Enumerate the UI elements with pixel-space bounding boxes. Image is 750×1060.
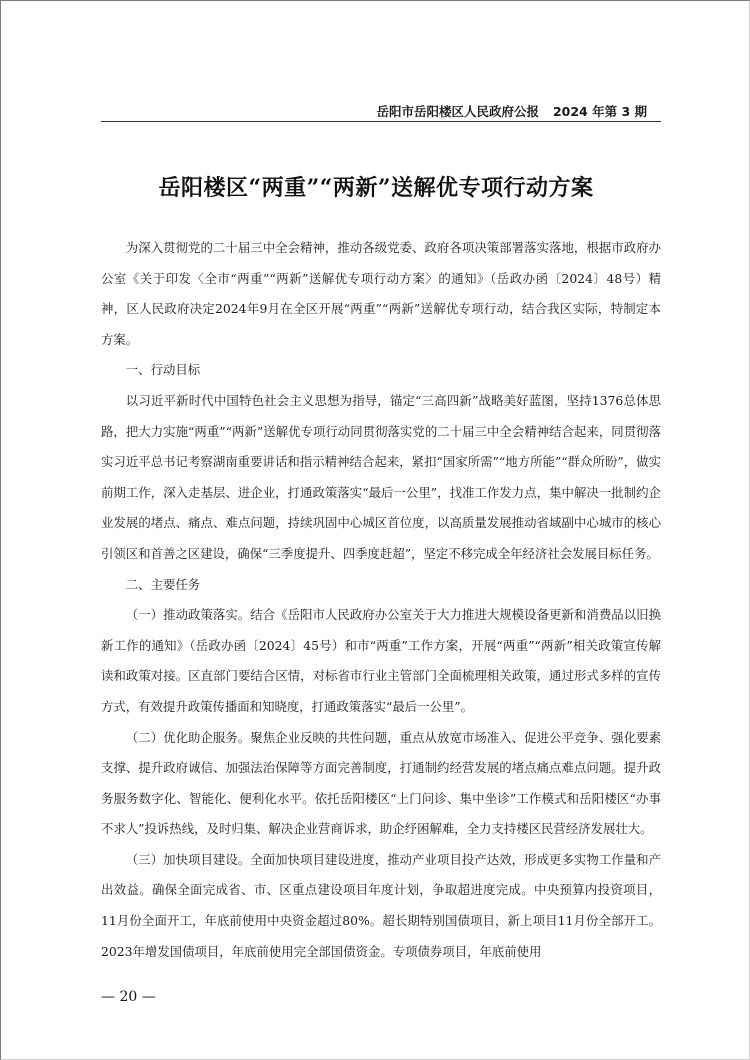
document-title: 岳阳楼区“两重”“两新”送解优专项行动方案 [1,171,750,202]
intro-paragraph: 为深入贯彻党的二十届三中全会精神，推动各级党委、政府各项决策部署落实落地，根据市… [101,233,661,355]
task-paragraph-policy: （一）推动政策落实。结合《岳阳市人民政府办公室关于大力推进大规模设备更新和消费品… [101,600,661,722]
section-heading-goals: 一、行动目标 [101,355,661,386]
publication-name: 岳阳市岳阳楼区人民政府公报 [376,104,539,119]
goals-paragraph: 以习近平新时代中国特色社会主义思想为指导，锚定“三高四新”战略美好蓝图，坚持13… [101,386,661,570]
task-paragraph-projects: （三）加快项目建设。全面加快项目建设进度，推动产业项目投产达效，形成更多实物工作… [101,845,661,967]
page-number: — 20 — [101,989,156,1005]
running-header: 岳阳市岳阳楼区人民政府公报2024 年第 3 期 [101,103,661,122]
task-paragraph-service: （二）优化助企服务。聚焦企业反映的共性问题，重点从放宽市场准入、促进公平竞争、强… [101,723,661,845]
issue-number: 2024 年第 3 期 [553,104,647,119]
document-page: 岳阳市岳阳楼区人民政府公报2024 年第 3 期 岳阳楼区“两重”“两新”送解优… [0,0,750,1060]
document-body: 为深入贯彻党的二十届三中全会精神，推动各级党委、政府各项决策部署落实落地，根据市… [101,233,661,967]
section-heading-tasks: 二、主要任务 [101,570,661,601]
